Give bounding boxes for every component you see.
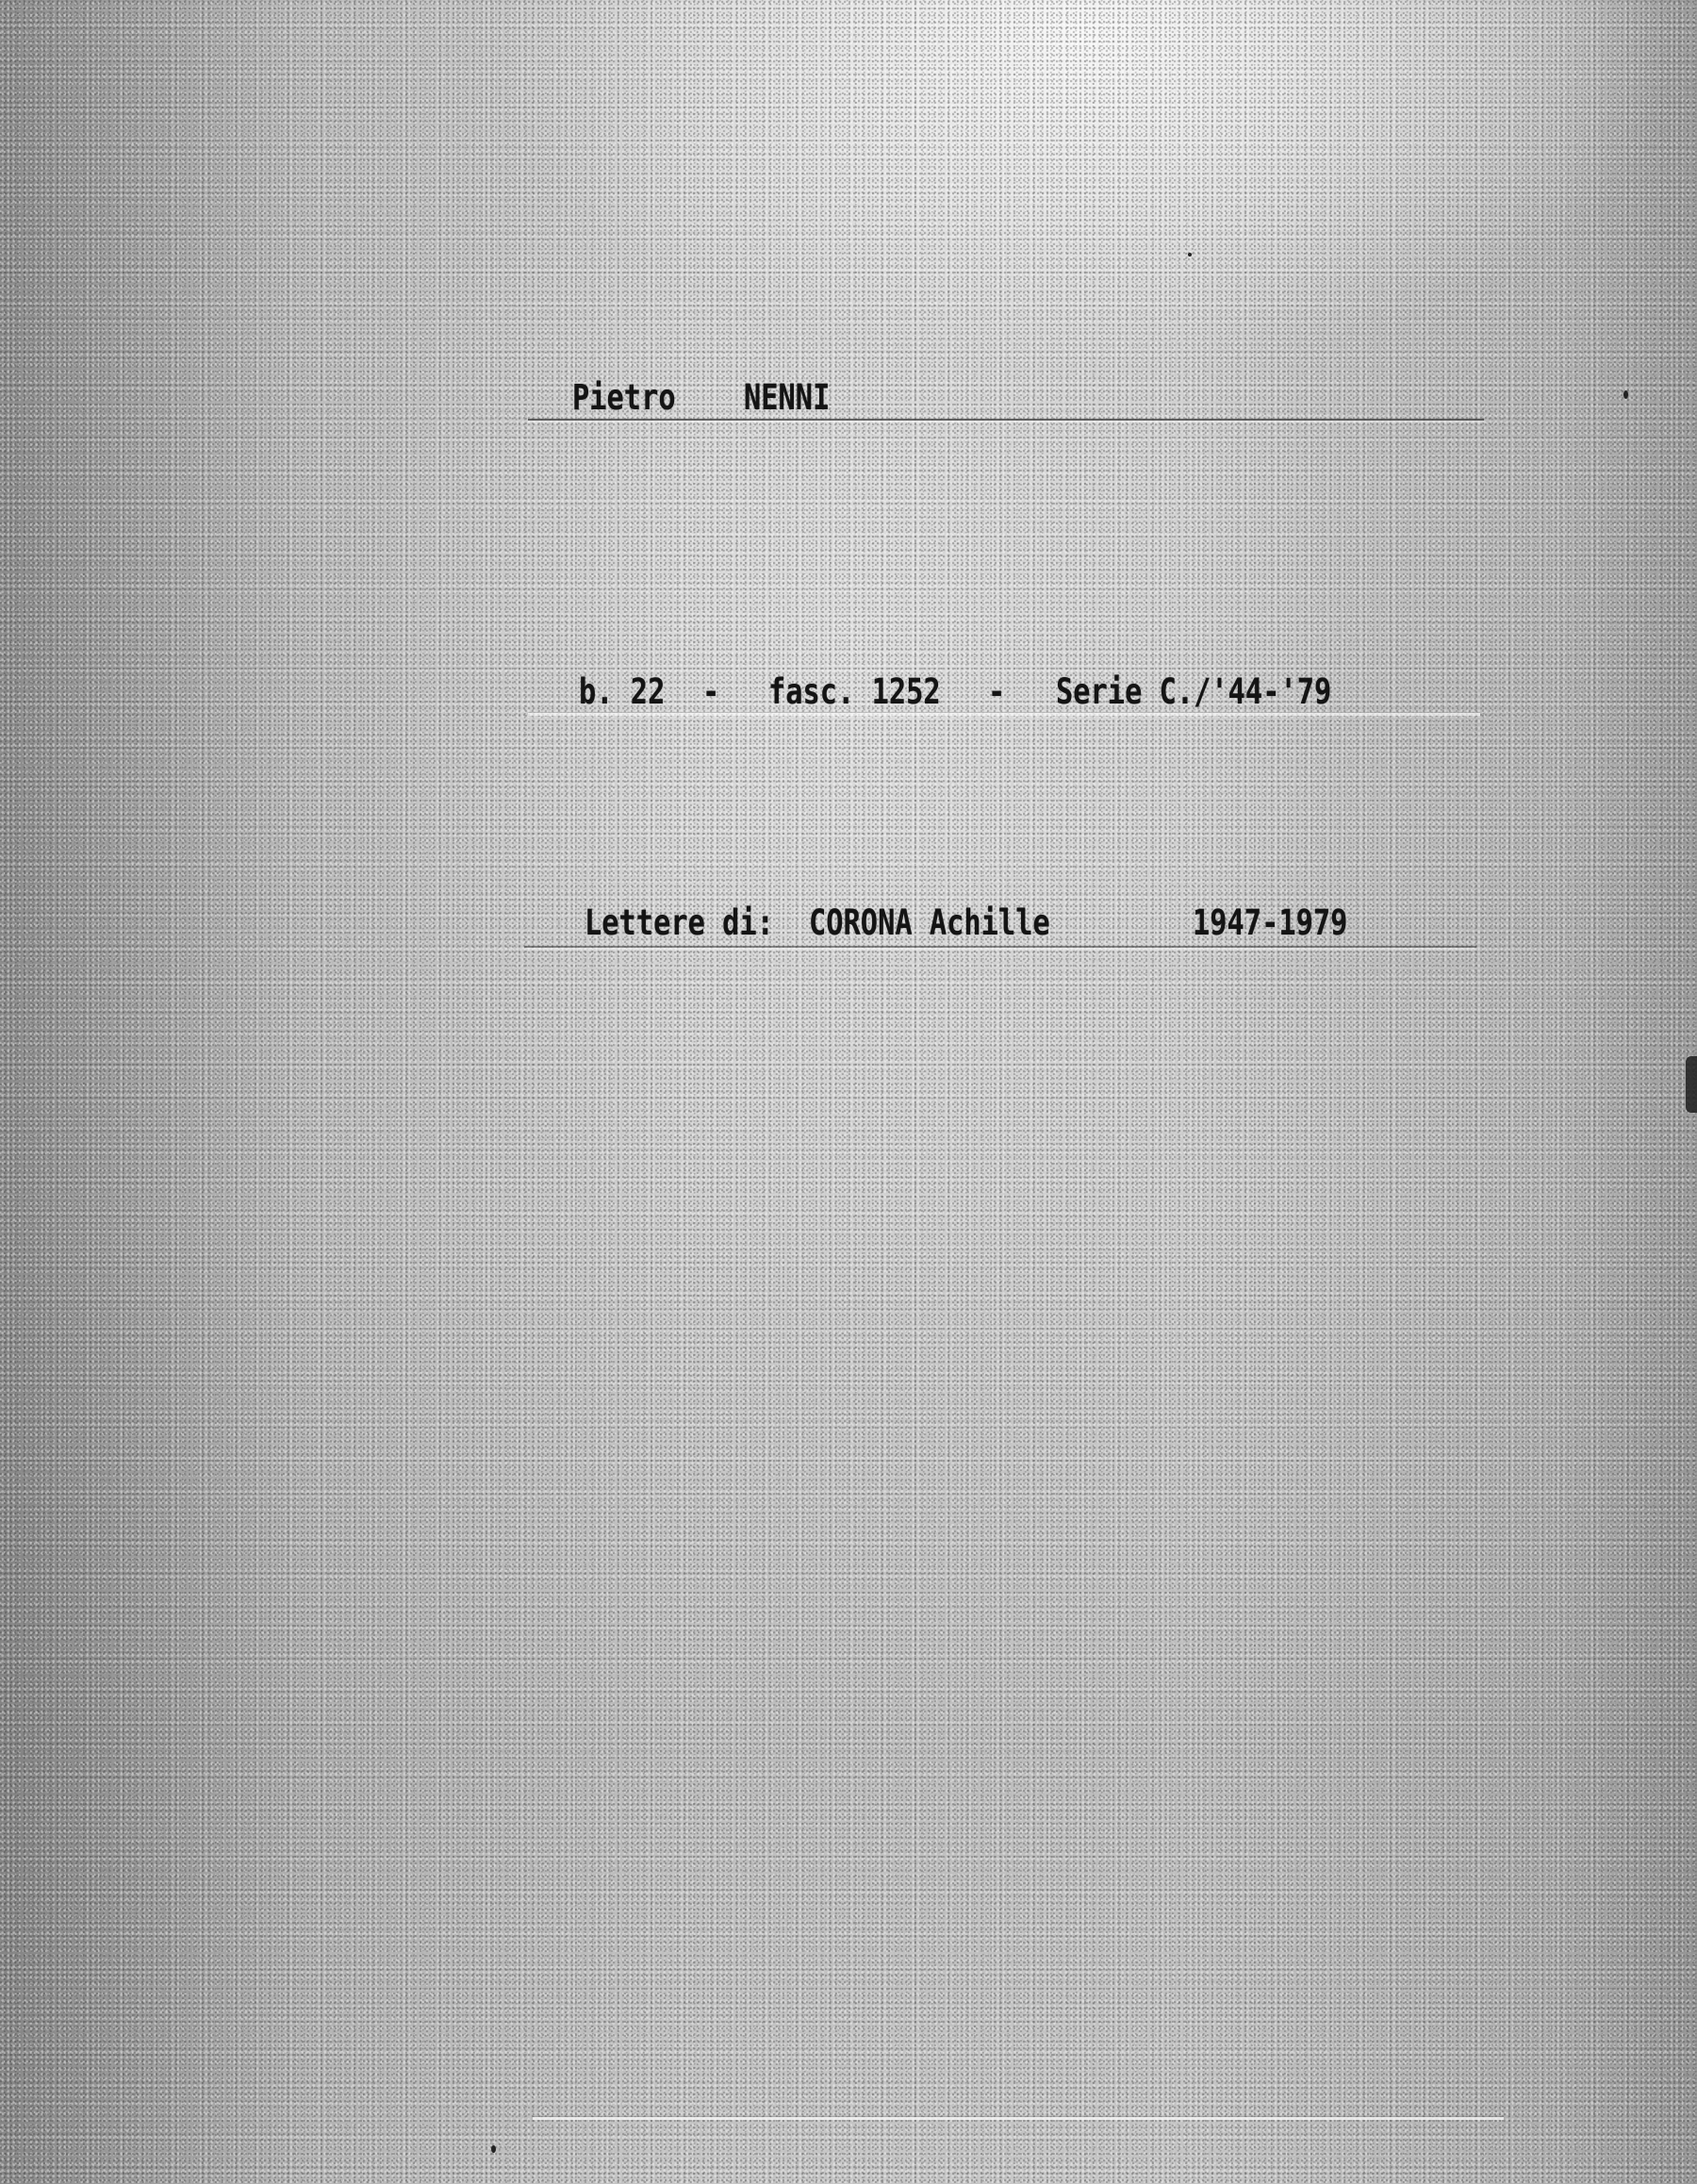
scan-streaks (0, 0, 1697, 2184)
dust-speck (491, 2145, 496, 2153)
correspondent-name: CORONA Achille (809, 902, 1050, 943)
first-name: Pietro (572, 377, 676, 418)
fascicolo-number: fasc. 1252 (768, 671, 941, 712)
reference-underline (528, 713, 1480, 716)
dust-speck (1188, 253, 1192, 256)
header-underline (528, 419, 1484, 421)
letters-label: Lettere di: (585, 902, 774, 943)
subject-underline (524, 946, 1476, 948)
date-range: 1947-1979 (1193, 902, 1347, 943)
bottom-rule (533, 2117, 1504, 2120)
separator: - (702, 671, 719, 712)
binding-clip-mark (1686, 1056, 1697, 1113)
separator: - (988, 671, 1005, 712)
serie-label: Serie C./'44-'79 (1056, 671, 1331, 712)
dust-speck (1623, 390, 1628, 399)
surname: NENNI (744, 377, 830, 418)
busta-number: b. 22 (579, 671, 665, 712)
